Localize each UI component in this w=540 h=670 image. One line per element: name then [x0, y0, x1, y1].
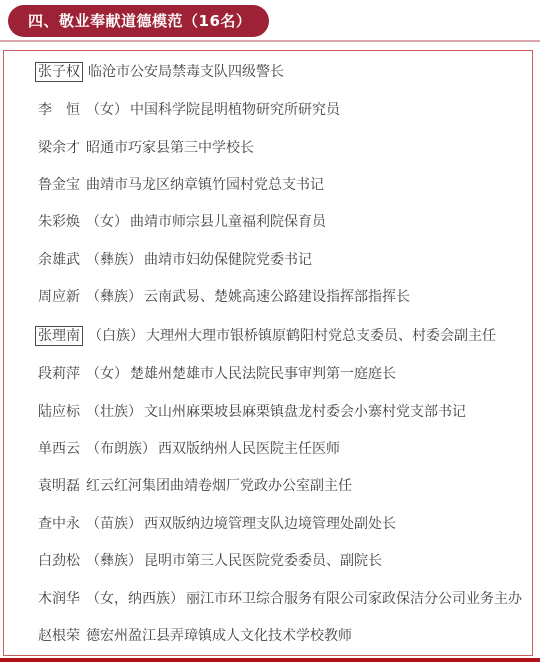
- model-annotation: （彝族）: [86, 288, 142, 306]
- model-row: 木润华（女，纳西族）丽江市环卫综合服务有限公司家政保洁分公司业务主办: [38, 590, 526, 608]
- model-annotation: （布朗族）: [86, 440, 156, 458]
- model-title: 曲靖市妇幼保健院党委书记: [144, 251, 312, 269]
- model-name: 周应新: [38, 288, 80, 306]
- page: 四、敬业奉献道德模范（16名） 张子权临沧市公安局禁毒支队四级警长李 恒（女）中…: [0, 0, 540, 670]
- section-header-badge: 四、敬业奉献道德模范（16名）: [8, 5, 269, 37]
- model-title: 丽江市环卫综合服务有限公司家政保洁分公司业务主办: [186, 590, 522, 608]
- model-row: 周应新（彝族）云南武易、楚姚高速公路建设指挥部指挥长: [38, 288, 526, 306]
- header-separator-line: [0, 40, 540, 42]
- model-name: 单西云: [38, 440, 80, 458]
- model-title: 西双版纳边境管理支队边境管理处副处长: [144, 515, 396, 533]
- model-title: 西双版纳州人民医院主任医师: [158, 440, 340, 458]
- model-title: 文山州麻栗坡县麻栗镇盘龙村委会小寨村党支部书记: [144, 403, 466, 421]
- model-row: 赵根荣德宏州盈江县弄璋镇成人文化技术学校教师: [38, 627, 526, 645]
- model-name-framed: 张子权: [35, 62, 83, 82]
- model-name: 李 恒: [38, 101, 80, 119]
- model-row: 鲁金宝曲靖市马龙区纳章镇竹园村党总支书记: [38, 176, 526, 194]
- model-row: 单西云（布朗族）西双版纳州人民医院主任医师: [38, 440, 526, 458]
- model-row: 张子权临沧市公安局禁毒支队四级警长: [38, 62, 526, 82]
- model-annotation: （白族）: [88, 327, 144, 345]
- model-row: 袁明磊红云红河集团曲靖卷烟厂党政办公室副主任: [38, 477, 526, 495]
- model-title: 曲靖市马龙区纳章镇竹园村党总支书记: [86, 176, 324, 194]
- model-title: 楚雄州楚雄市人民法院民事审判第一庭庭长: [130, 365, 396, 383]
- model-name: 赵根荣: [38, 627, 80, 645]
- model-title: 临沧市公安局禁毒支队四级警长: [88, 63, 284, 81]
- model-row: 朱彩焕（女）曲靖市师宗县儿童福利院保育员: [38, 213, 526, 231]
- model-name: 余雄武: [38, 251, 80, 269]
- model-name: 木润华: [38, 590, 80, 608]
- model-annotation: （彝族）: [86, 251, 142, 269]
- model-name: 鲁金宝: [38, 176, 80, 194]
- model-annotation: （女）: [86, 365, 128, 383]
- model-row: 梁余才昭通市巧家县第三中学校长: [38, 139, 526, 157]
- model-title: 中国科学院昆明植物研究所研究员: [130, 101, 340, 119]
- model-row: 余雄武（彝族）曲靖市妇幼保健院党委书记: [38, 251, 526, 269]
- model-title: 昆明市第三人民医院党委委员、副院长: [144, 552, 382, 570]
- model-row: 段莉萍（女）楚雄州楚雄市人民法院民事审判第一庭庭长: [38, 365, 526, 383]
- model-name: 白劲松: [38, 552, 80, 570]
- model-row: 李 恒（女）中国科学院昆明植物研究所研究员: [38, 101, 526, 119]
- model-title: 曲靖市师宗县儿童福利院保育员: [130, 213, 326, 231]
- model-name: 梁余才: [38, 139, 80, 157]
- model-title: 昭通市巧家县第三中学校长: [86, 139, 254, 157]
- model-title: 云南武易、楚姚高速公路建设指挥部指挥长: [144, 288, 410, 306]
- model-row: 张理南（白族）大理州大理市银桥镇原鹤阳村党总支委员、村委会副主任: [38, 326, 526, 346]
- model-name-framed: 张理南: [35, 326, 83, 346]
- model-name: 袁明磊: [38, 477, 80, 495]
- model-name: 朱彩焕: [38, 213, 80, 231]
- model-row: 陆应标（壮族）文山州麻栗坡县麻栗镇盘龙村委会小寨村党支部书记: [38, 403, 526, 421]
- model-row: 查中永（苗族）西双版纳边境管理支队边境管理处副处长: [38, 515, 526, 533]
- model-title: 大理州大理市银桥镇原鹤阳村党总支委员、村委会副主任: [146, 327, 496, 345]
- model-name: 陆应标: [38, 403, 80, 421]
- bottom-rule-line: [0, 658, 540, 662]
- model-row: 白劲松（彝族）昆明市第三人民医院党委委员、副院长: [38, 552, 526, 570]
- model-name: 查中永: [38, 515, 80, 533]
- models-list: 张子权临沧市公安局禁毒支队四级警长李 恒（女）中国科学院昆明植物研究所研究员梁余…: [3, 50, 533, 656]
- model-annotation: （彝族）: [86, 552, 142, 570]
- model-annotation: （女，纳西族）: [86, 590, 184, 608]
- model-title: 红云红河集团曲靖卷烟厂党政办公室副主任: [86, 477, 352, 495]
- model-annotation: （女）: [86, 213, 128, 231]
- model-name: 段莉萍: [38, 365, 80, 383]
- model-annotation: （女）: [86, 101, 128, 119]
- model-annotation: （壮族）: [86, 403, 142, 421]
- model-annotation: （苗族）: [86, 515, 142, 533]
- model-title: 德宏州盈江县弄璋镇成人文化技术学校教师: [86, 627, 352, 645]
